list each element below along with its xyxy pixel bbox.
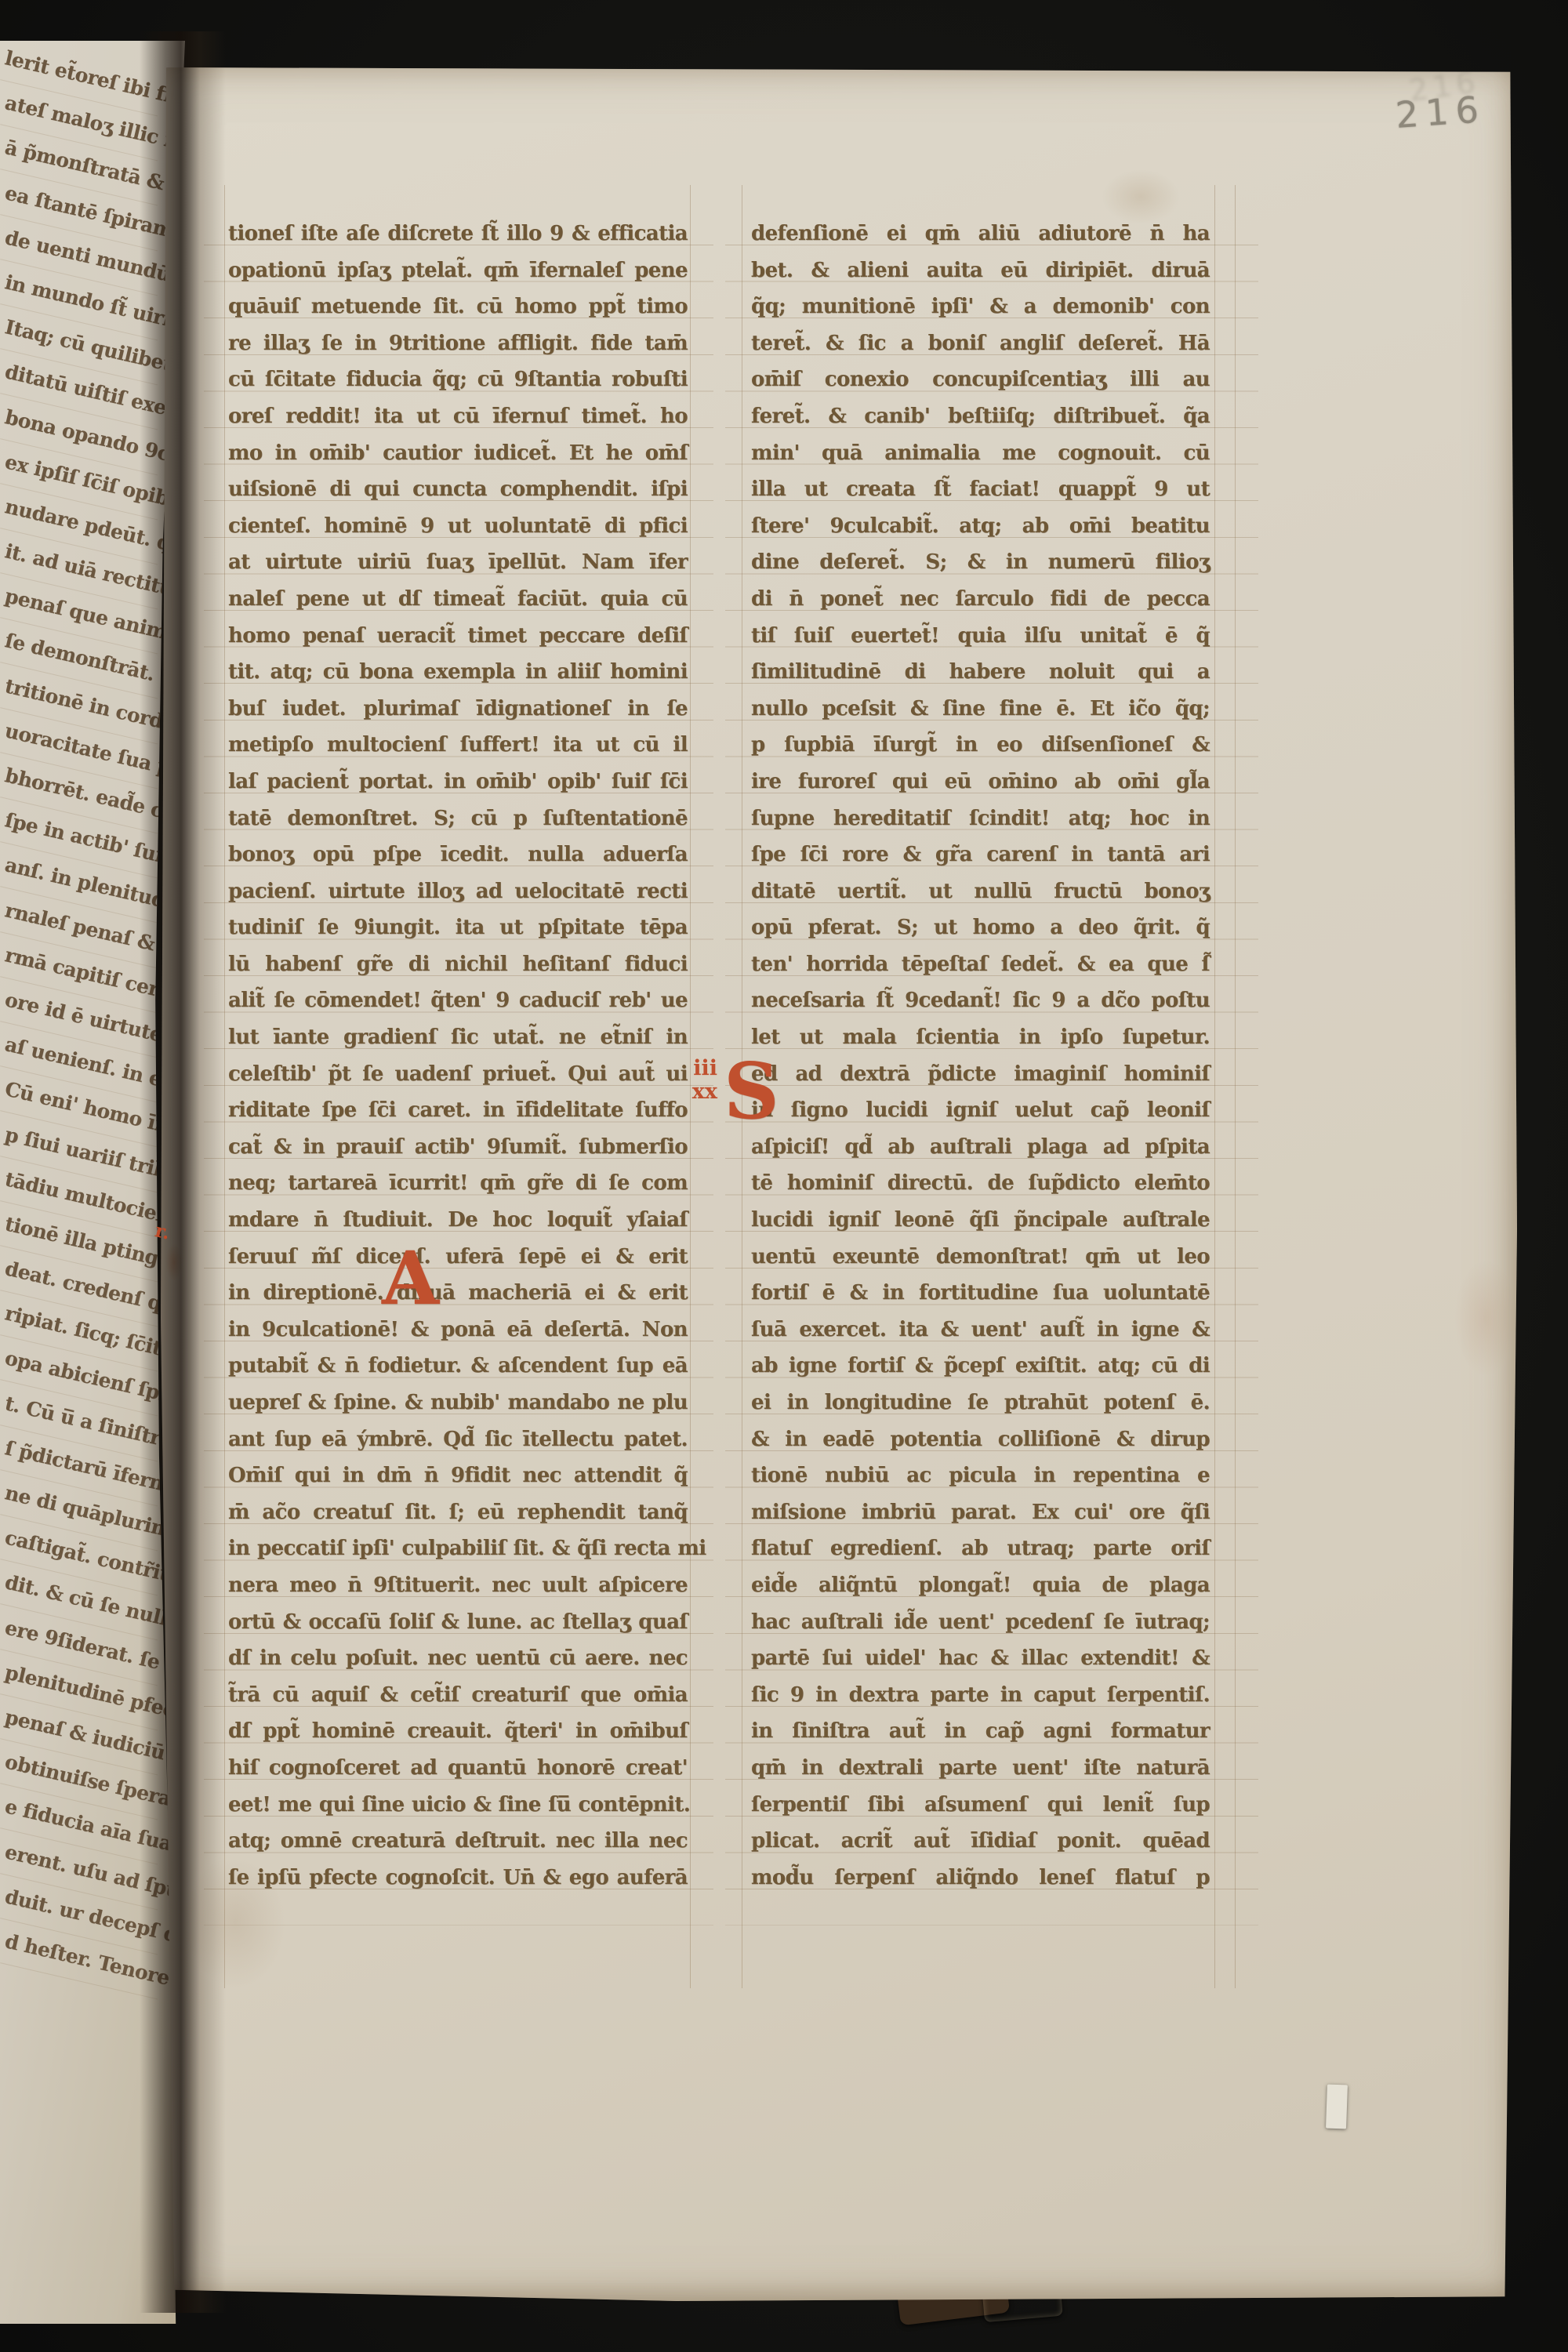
manuscript-line: om̄iſ conexio concupiſcentiaʒ illi au	[751, 362, 1210, 399]
manuscript-line: in 9culcationē! & ponā eā deſertā. Non	[228, 1312, 688, 1349]
manuscript-line: flatuſ egredienſ. ab utraq; parte oriſ	[751, 1531, 1210, 1568]
manuscript-line: homo penaſ ueracit̃ timet peccare deſiſ	[228, 619, 688, 655]
manuscript-line: t̃rā cū aquiſ & cet̃iſ creaturiſ que om̄…	[228, 1678, 688, 1715]
manuscript-line: buſ iudet. plurimaſ īdignationeſ in ſe	[228, 691, 688, 728]
manuscript-line: aſpiciſ! qd̃ ab auſtrali plaga ad pſpita	[751, 1130, 1210, 1167]
manuscript-line: neq; tartareā īcurrit! qm̄ gr̃e di ſe co…	[228, 1166, 688, 1203]
manuscript-line: p ſupbiā īſurgt̃ in eo diſsenſioneſ &	[751, 728, 1210, 764]
manuscript-line: ant ſup eā ýmbrē. Qd̃ ſic ītellectu pate…	[228, 1422, 688, 1459]
manuscript-line: in ſigno lucidi igniſ uelut cap̃ leoniſ	[751, 1093, 1210, 1130]
manuscript-line: naleſ pene ut dſ timeat̃ faciūt. quia cū	[228, 582, 688, 619]
chapter-numeral: iii xx	[669, 1057, 717, 1104]
gutter-shadow	[140, 31, 226, 2313]
manuscript-line: ab igne fortiſ & p̃cepſ exiſtit. atq; cū…	[751, 1348, 1210, 1385]
manuscript-line: tionē nubiū ac picula in repentina e	[751, 1458, 1210, 1495]
manuscript-line: hac auſtrali id̃e uent' pcedenſ ſe īutra…	[751, 1605, 1210, 1642]
manuscript-line: ditatē uertit̃. ut nullū fructū bonoʒ	[751, 874, 1210, 911]
manuscript-line: uiſsionē di qui cuncta comphendit. iſpi	[228, 472, 688, 509]
manuscript-line: celeſtib' p̃t ſe uadenſ priuet̃. Qui aut…	[228, 1057, 688, 1094]
manuscript-photo: lerit et̃oreſ ibi fiūt. plurateſ maloʒ i…	[0, 0, 1568, 2352]
manuscript-line: fortiſ ē & in fortitudine ſua uoluntatē	[751, 1276, 1210, 1312]
manuscript-line: alit̃ ſe cōmendet! q̃ten' 9 caduciſ reb'…	[228, 983, 688, 1020]
manuscript-page: 216 216 tioneſ iſte aſe diſcrete ſt̃ ill…	[161, 67, 1517, 2301]
manuscript-line: ed ad dextrā p̃dicte imaginiſ hominiſ	[751, 1057, 1210, 1094]
manuscript-line: teret̃. & ſic a boniſ angliſ deſeret̃. H…	[751, 326, 1210, 363]
manuscript-line: uentū exeuntē demonſtrat! qm̄ ut leo	[751, 1240, 1210, 1276]
manuscript-line: dine deſeret̃. S; & in numerū filioʒ	[751, 545, 1210, 582]
manuscript-line: lut īante gradienſ ſic utat̃. ne et̃niſ …	[228, 1020, 688, 1057]
manuscript-line: cienteſ. hominē 9 ut uoluntatē di pfici	[228, 509, 688, 546]
manuscript-line: ſerpentiſ ſibi aſsumenſ qui lenit̃ ſup	[751, 1788, 1210, 1824]
manuscript-line: qm̄ in dextrali parte uent' iſte naturā	[751, 1751, 1210, 1788]
manuscript-line: tudiniſ ſe 9iungit. ita ut pſpitate tēpa	[228, 910, 688, 947]
manuscript-line: riditate ſpe ſc̄i caret. in īfidelitate …	[228, 1093, 688, 1130]
manuscript-line: defenſionē ei qm̄ aliū adiutorē n̄ ha	[751, 216, 1210, 253]
manuscript-line: dſ in celu poſuit. nec uentū cū aere. ne…	[228, 1641, 688, 1678]
manuscript-line: hiſ cognoſceret ad quantū honorē creat'	[228, 1751, 688, 1788]
manuscript-line: at uirtute uiriū ſuaʒ īpellūt. Nam īfer	[228, 545, 688, 582]
chapter-numeral-bottom: xx	[669, 1080, 717, 1104]
manuscript-line: ſuā exercet. ita & uent' auſt̃ in igne &	[751, 1312, 1210, 1349]
manuscript-line: eet! me qui ſine uicio & ſine ſu̅ contēp…	[228, 1788, 688, 1824]
page-number: 216	[1394, 88, 1486, 136]
manuscript-line: tiſ ſuiſ euertet̃! quia ilſu unitat̃ ē q…	[751, 619, 1210, 655]
manuscript-line: neceſsaria ſt̃ 9cedant̃! ſic 9 a dc̃o po…	[751, 983, 1210, 1020]
vertical-ruling	[1214, 185, 1215, 1988]
repair-tab	[1326, 2085, 1348, 2129]
manuscript-line: eid̃e aliq̃ntū plongat̃! quia de plaga	[751, 1568, 1210, 1605]
manuscript-line: tē hominiſ directū. de ſup̃dicto elem̄to	[751, 1166, 1210, 1203]
previous-page-text-edge: lerit et̃oreſ ibi fiūt. plurateſ maloʒ i…	[0, 72, 162, 2000]
manuscript-line: dſ ppt̃ hominē creauit. q̃teri' in om̄ib…	[228, 1714, 688, 1751]
manuscript-line: q̃q; munitionē ipſi' & a demonib' con	[751, 289, 1210, 326]
manuscript-line: ſpe ſc̄i rore & gr̃a carenſ in tantā ari	[751, 837, 1210, 874]
manuscript-line: putabit̃ & n̄ fodietur. & aſcendent ſup …	[228, 1348, 688, 1385]
manuscript-line: bonoʒ opū pſpe īcedit. nulla aduerſa	[228, 837, 688, 874]
manuscript-line: Om̄iſ qui in dm̄ n̄ 9fidit nec attendit …	[228, 1458, 688, 1495]
manuscript-line: bet. & alieni auita eū diripiēt. diruā	[751, 253, 1210, 290]
manuscript-line: ire furoreſ qui eū om̄ino ab om̄i gl̃a	[751, 764, 1210, 801]
manuscript-line: lū habenſ gr̃e di nichil heſitanſ fiduci	[228, 947, 688, 984]
manuscript-line: nera meo n̄ 9ſtituerit. nec uult aſpicer…	[228, 1568, 688, 1605]
manuscript-line: & in eadē potentia colliſionē & dirup	[751, 1422, 1210, 1459]
right-text-column: defenſionē ei qm̄ aliū adiutorē n̄ habet…	[751, 216, 1210, 1896]
manuscript-line: di n̄ ponet̃ nec ſarculo fidi de pecca	[751, 582, 1210, 619]
left-text-column: tioneſ iſte aſe diſcrete ſt̃ illo 9 & ef…	[228, 216, 688, 1896]
manuscript-line: in direptionē. diruā macheriā ei & erit	[228, 1276, 688, 1312]
manuscript-line: mod̃u ſerpenſ aliq̃ndo leneſ flatuſ p	[751, 1860, 1210, 1897]
manuscript-line: re illaʒ ſe in 9tritione affligit. fide …	[228, 326, 688, 363]
manuscript-line: metipſo multocienſ ſuffert! ita ut cū il	[228, 728, 688, 764]
manuscript-line: miſsione imbriū parat. Ex cui' ore q̃ſi	[751, 1495, 1210, 1532]
manuscript-line: min' quā animalia me cognouit. cū	[751, 436, 1210, 473]
manuscript-line: nullo pceſsit & ſine fine ē. Et ic̃o q̃q…	[751, 691, 1210, 728]
manuscript-line: quāuiſ metuende ſit. cū homo ppt̃ timo	[228, 289, 688, 326]
manuscript-line: ſic 9 in dextra parte in caput ſerpentiſ…	[751, 1678, 1210, 1715]
manuscript-line: in peccatiſ ipſi' culpabiliſ ſit. & q̃ſi…	[228, 1531, 688, 1568]
manuscript-line: plicat. acrit̃ aut̃ īſidiaſ ponit. quēad	[751, 1824, 1210, 1860]
manuscript-line: let ut mala ſcientia in ipſo ſupetur.	[751, 1020, 1210, 1057]
manuscript-line: illa ut creata ſt̃ faciat! quappt̃ 9 ut	[751, 472, 1210, 509]
red-initial-a: A	[382, 1242, 439, 1316]
manuscript-line: in ſiniſtra aut̃ in cap̃ agni formatur	[751, 1714, 1210, 1751]
manuscript-line: tioneſ iſte aſe diſcrete ſt̃ illo 9 & ef…	[228, 216, 688, 253]
manuscript-line: ſeruuſ m̃ſ dicenſ. uferā ſepē ei & erit	[228, 1240, 688, 1276]
parchment-stain	[1454, 1259, 1517, 1377]
manuscript-line: ſimilitudinē di habere noluit qui a	[751, 655, 1210, 691]
vertical-ruling	[1235, 185, 1236, 1988]
manuscript-line: feret̃. & canib' beſtiiſq; diſtribuet̃. …	[751, 399, 1210, 436]
manuscript-line: uepreſ & ſpine. & nubib' mandabo ne plu	[228, 1385, 688, 1422]
manuscript-line: ten' horrida tēpeſtaſ ſedet̃. & ea que ſ…	[751, 947, 1210, 984]
manuscript-line: ei in longitudine ſe ptrahūt potenſ ē.	[751, 1385, 1210, 1422]
manuscript-line: m̄ ac̃o creatuſ ſit. ſ; eū rephendit tan…	[228, 1495, 688, 1532]
manuscript-line: partē ſui uidel' hac & illac extendit! &	[751, 1641, 1210, 1678]
manuscript-line: atq; omnē creaturā deſtruit. nec illa ne…	[228, 1824, 688, 1860]
manuscript-line: opū pferat. S; ut homo a deo q̃rit. q̃	[751, 910, 1210, 947]
manuscript-line: pacienſ. uirtute illoʒ ad uelocitatē rec…	[228, 874, 688, 911]
manuscript-line: cat̃ & in prauiſ actib' 9ſumit̃. ſubmerſ…	[228, 1130, 688, 1167]
manuscript-line: tatē demonſtret. S; cū p ſuſtentationē	[228, 801, 688, 838]
red-initial-s: S	[724, 1054, 779, 1131]
manuscript-line: ſtere' 9culcabit̃. atq; ab om̄i beatitu	[751, 509, 1210, 546]
manuscript-line: ſupne hereditatiſ ſcindit! atq; hoc in	[751, 801, 1210, 838]
chapter-numeral-top: iii	[669, 1057, 717, 1080]
manuscript-line: laſ pacient̃ portat. in om̄ib' opib' ſui…	[228, 764, 688, 801]
manuscript-line: mo in om̄ib' cautior iudicet̃. Et he om̄…	[228, 436, 688, 473]
manuscript-line: cū ſc̄itate fiducia q̃q; cū 9ſtantia rob…	[228, 362, 688, 399]
manuscript-line: oreſ reddit! ita ut cū īfernuſ timet̃. h…	[228, 399, 688, 436]
manuscript-line: ortū & occaſū ſoliſ & lune. ac ſtellaʒ q…	[228, 1605, 688, 1642]
manuscript-line: mdare n̄ ſtudiuit. De hoc loquit̃ yſaiaſ	[228, 1203, 688, 1240]
manuscript-line: opationū ipſaʒ ptelat̃. qm̄ īfernaleſ pe…	[228, 253, 688, 290]
manuscript-line: tit. atq; cū bona exempla in aliiſ homin…	[228, 655, 688, 691]
manuscript-line: lucidi igniſ leonē q̃ſi p̃ncipale auſtra…	[751, 1203, 1210, 1240]
manuscript-line: ſe ipſū pfecte cognoſcit. Un̄ & ego aufe…	[228, 1860, 688, 1897]
